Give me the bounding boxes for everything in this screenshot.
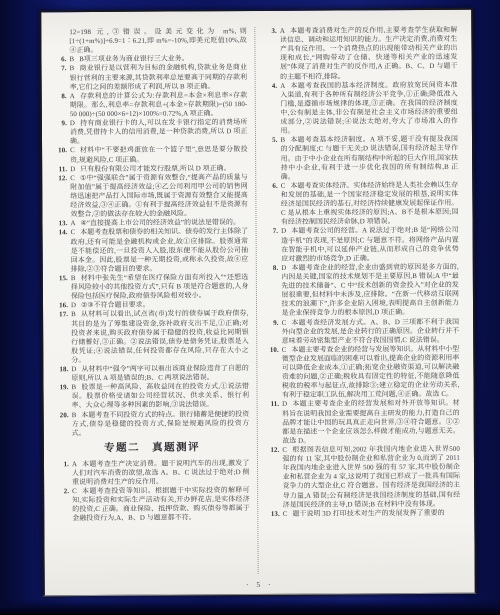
answer-item: 6.C本题考查实体经济。实体经济始终是人类社会赖以生存和发展的基础,是一个国家经… (264, 181, 459, 228)
item-number: 12. (53, 174, 70, 220)
item-explanation-text: C根据图表信息可知,2002 年我国内地企业进入世界500 强的有 11 家,其… (282, 445, 460, 510)
item-number: 15. (54, 274, 71, 301)
answer-letter: D (281, 228, 286, 235)
answer-letter: C (70, 175, 75, 182)
answer-letter: A (70, 93, 75, 100)
item-number: 6. (264, 182, 281, 228)
answer-letter: B (70, 66, 75, 73)
answer-item: 7.B商业银行是以营利为目标的金融机构,贷款业务是商业银行营利的主要来源,其贷款… (53, 63, 248, 92)
item-explanation-text: D本题考查公司的经营。A 说法过于绝对;B 是“网络公司造手机”的表现,不是原因… (281, 226, 459, 264)
item-number: 4. (263, 82, 280, 137)
item-explanation-text: B材料中张先生“希望在医疗保险方面有所投入”“还想选择风险较小的其他投资方式”,… (71, 273, 249, 301)
item-number: 12. (265, 446, 282, 510)
answer-item: 9.D持有商业银行卡的人,可以在发卡银行指定的消费场所消费,凭借持卡人的信用消费… (53, 118, 248, 147)
answer-letter: D (281, 265, 286, 272)
answer-letter: D (70, 166, 75, 173)
two-column-layout: 12=198 元,③错误。设美元变化为 m%,则[1÷(1+m%)]÷6.9=1… (52, 26, 460, 575)
item-explanation-text: D本题主要考查企业的经营发展和对外开放等知识。材料旨在说明我国企业需要提高自主研… (282, 399, 460, 446)
item-number: 7. (53, 65, 70, 92)
left-column: 12=198 元,③错误。设美元变化为 m%,则[1÷(1+m%)]÷6.9=1… (52, 27, 258, 575)
item-explanation-text: B股票是一种高风险、高收益同在的投资方式,①说法错误。股票价格受诸如公司经营状况… (71, 382, 249, 410)
item-number: 7. (264, 227, 281, 264)
item-explanation-text: A存款利息的计算公式为:存款利息=本金×利息率×存款期限。那么,利息率=存款利息… (70, 91, 248, 119)
answer-letter: C (283, 511, 288, 518)
item-explanation-text: C本题主要考查企业的经营与发展等知识。从材料中小型微型企业发展面临的困难可以看出… (282, 345, 460, 401)
item-number: 8. (264, 264, 281, 319)
item-explanation-text: C本题考查投资等知识。根据题干中实际投资的解释可知,实际投资和实际生产活动有关,… (72, 486, 250, 524)
item-number: 11. (53, 165, 70, 174)
answer-item: 7.D本题考查公司的经营。A 说法过于绝对;B 是“网络公司造手机”的表现,不是… (264, 226, 459, 264)
section-heading: 专题二 真题测评 (55, 442, 250, 456)
answer-item: 5.B本题考查基本经济制度。A 项不妥,题干没有提及我国的分配制度;C 与题干无… (263, 135, 458, 182)
answer-letter: B (72, 412, 77, 419)
answer-letter: D (70, 120, 75, 127)
item-number: 3. (263, 27, 280, 82)
answer-item: 17.B从材料可以看出,试点省(市)发行的债券属于政府债券,其目的是为了筹集建设… (54, 309, 249, 365)
answer-item: 9.C本题考查经济发展方式。A、B、D 三项都不利于我国外向型企业的发展,是企业… (265, 317, 460, 346)
answer-letter: C (71, 230, 76, 237)
item-number: 8. (53, 92, 70, 119)
page-number: · 5 · (45, 579, 475, 591)
item-explanation-text: D持有商业银行卡的人,可以在发卡银行指定的消费场所消费,凭借持卡人的信用消费,是… (70, 118, 248, 146)
answer-item: 2.C本题考查投资等知识。根据题干中实际投资的解释可知,实际投资和实际生产活动有… (55, 486, 250, 524)
item-number: 6. (52, 55, 69, 64)
answer-item: 8.D本题考查企业的经营,企业由盛到衰的原因是多方面的,内因是关键,国家的技术规… (264, 263, 459, 319)
item-explanation-text: 12=198 元,③错误。设美元变化为 m%,则[1÷(1+m%)]÷6.9=1… (69, 27, 247, 55)
item-number: 16. (54, 301, 71, 310)
item-explanation-text: A本题考查生产决定消费。题干说明汽车的出现,激发了人们对汽车消费的欲望,故选 A… (72, 459, 250, 487)
answer-letter: D (71, 366, 76, 373)
item-explanation-text: C本题考查经济发展方式。A、B、D 三项都不利于我国外向型企业的发展,是企业转行… (282, 317, 460, 345)
answer-item: 12.C①中“强强联合”属于资源有效整合,“提高产品的质量与附加值”属于提高经济… (53, 173, 248, 220)
item-explanation-text: C①中“强强联合”属于资源有效整合,“提高产品的质量与附加值”属于提高经济效益;… (70, 173, 248, 220)
item-explanation-text: B本题考查不同投资方式的特点。银行储蓄是便捷的投资方式,债券是稳健的投资方式,保… (72, 410, 250, 438)
item-explanation-text: C本题考查股票和债券的相关知识。债券的发行主体除了政府,还有可能是金融机构或企业… (71, 227, 249, 274)
answer-item: 1.A本题考查生产决定消费。题干说明汽车的出现,激发了人们对汽车消费的欲望,故选… (55, 459, 250, 488)
item-number: 5. (263, 136, 280, 182)
item-number: 14. (54, 229, 71, 275)
item-number (52, 28, 69, 55)
item-number: 10. (265, 346, 282, 401)
answer-letter: A (70, 220, 75, 227)
item-number: 1. (55, 460, 72, 487)
answer-letter: C (282, 447, 287, 454)
item-number: 10. (53, 147, 70, 165)
item-explanation-text: B本题考查基本经济制度。A 项不妥,题干没有提及我国的分配制度;C 与题干无关;… (280, 135, 458, 182)
item-number: 19. (54, 383, 71, 410)
item-number: 9. (53, 119, 70, 146)
answer-letter: C (72, 488, 77, 495)
answer-letter: B (280, 137, 285, 144)
answer-letter: B (71, 384, 76, 391)
item-explanation-text: C材料中“不要把鸡蛋放在一个篮子里”,意思是要分散投资,规避风险,C 项正确。 (70, 145, 248, 164)
answer-item: 10.C材料中“不要把鸡蛋放在一个篮子里”,意思是要分散投资,规避风险,C 项正… (53, 145, 248, 164)
item-number: 11. (265, 400, 282, 446)
item-number: 17. (54, 311, 71, 366)
answer-item: 18.D从材料中“强令”两字可以看出该商业保险违背了自愿的原则,所以 A 项是错… (54, 364, 249, 383)
answer-letter: B (71, 312, 76, 319)
answer-letter: B (69, 56, 74, 63)
item-explanation-text: A本题考查消费对生产的反作用,主要考查学生获取和解读信息、调动和运用知识的能力。… (280, 26, 458, 82)
item-number: 20. (55, 411, 72, 438)
answer-item: 12.C根据图表信息可知,2002 年我国内地企业进入世界500 强的有 11 … (265, 445, 460, 510)
answer-item: 11.D本题主要考查企业的经营发展和对外开放等知识。材料旨在说明我国企业需要提高… (265, 399, 460, 446)
item-explanation-text: B商业银行是以营利为目标的金融机构,贷款业务是商业银行营利的主要来源,其贷款利率… (70, 63, 248, 91)
answer-letter: A (280, 82, 285, 89)
scan-bottom-shadow (0, 599, 500, 615)
answer-item: 19.B股票是一种高风险、高收益同在的投资方式,①说法错误。股票价格受诸如公司经… (54, 382, 249, 411)
answer-letter: B (71, 275, 76, 282)
answer-letter: C (282, 319, 287, 326)
answer-letter: C (282, 347, 287, 354)
answer-letter: A (72, 461, 77, 468)
item-explanation-text: C题干说明 3D 打印技术对生产的发展发挥了重要的 (283, 509, 461, 519)
scanned-book-background: 12=198 元,③错误。设美元变化为 m%,则[1÷(1+m%)]÷6.9=1… (0, 0, 500, 615)
answer-letter: D (282, 401, 287, 408)
answer-key-page: 12=198 元,③错误。设美元变化为 m%,则[1÷(1+m%)]÷6.9=1… (39, 8, 477, 597)
answer-item: 15.B材料中张先生“希望在医疗保险方面有所投入”“还想选择风险较小的其他投资方… (54, 273, 249, 302)
answer-item: 3.A本题考查消费对生产的反作用,主要考查学生获取和解读信息、调动和运用知识的能… (263, 26, 458, 82)
answer-item: 20.B本题考查不同投资方式的特点。银行储蓄是便捷的投资方式,债券是稳健的投资方… (55, 410, 250, 439)
answer-letter: C (70, 148, 75, 155)
item-number: 13. (53, 219, 70, 228)
right-column: 3.A本题考查消费对生产的反作用,主要考查学生获取和解读信息、调动和运用知识的能… (255, 26, 461, 574)
answer-letter: D (71, 302, 76, 309)
item-number: 18. (54, 365, 71, 383)
item-explanation-text: A本题考查我国的基本经济制度。政府放宽民间资本准入渠道,有利于各种所有制经济公平… (280, 80, 458, 136)
answer-item: 8.A存款利息的计算公式为:存款利息=本金×利息率×存款期限。那么,利息率=存款… (53, 91, 248, 120)
answer-item: 10.C本题主要考查企业的经营与发展等知识。从材料中小型微型企业发展面临的困难可… (265, 345, 460, 401)
item-number: 13. (266, 510, 283, 519)
answer-item: 4.A本题考查我国的基本经济制度。政府放宽民间资本准入渠道,有利于各种所有制经济… (263, 80, 458, 136)
item-explanation-text: B从材料可以看出,试点省(市)发行的债券属于政府债券,其目的是为了筹集建设资金,… (71, 309, 249, 365)
item-number: 9. (265, 318, 282, 345)
item-number: 2. (55, 487, 72, 524)
answer-item: 13.C题干说明 3D 打印技术对生产的发展发挥了重要的 (266, 509, 461, 519)
item-explanation-text: D从材料中“强令”两字可以看出该商业保险违背了自愿的原则,所以 A 项是错误的;… (71, 364, 249, 383)
answer-letter: A (280, 28, 285, 35)
item-explanation-text: C本题考查实体经济。实体经济始终是人类社会赖以生存和发展的基础,是一个国家经济稳… (281, 181, 459, 228)
answer-item: 14.C本题考查股票和债券的相关知识。债券的发行主体除了政府,还有可能是金融机构… (54, 227, 249, 274)
answer-letter: C (281, 183, 286, 190)
item-explanation-text: D本题考查企业的经营,企业由盛到衰的原因是多方面的,内因是关键,国家的技术规划不… (281, 263, 459, 319)
continued-paragraph: 12=198 元,③错误。设美元变化为 m%,则[1÷(1+m%)]÷6.9=1… (52, 27, 247, 56)
